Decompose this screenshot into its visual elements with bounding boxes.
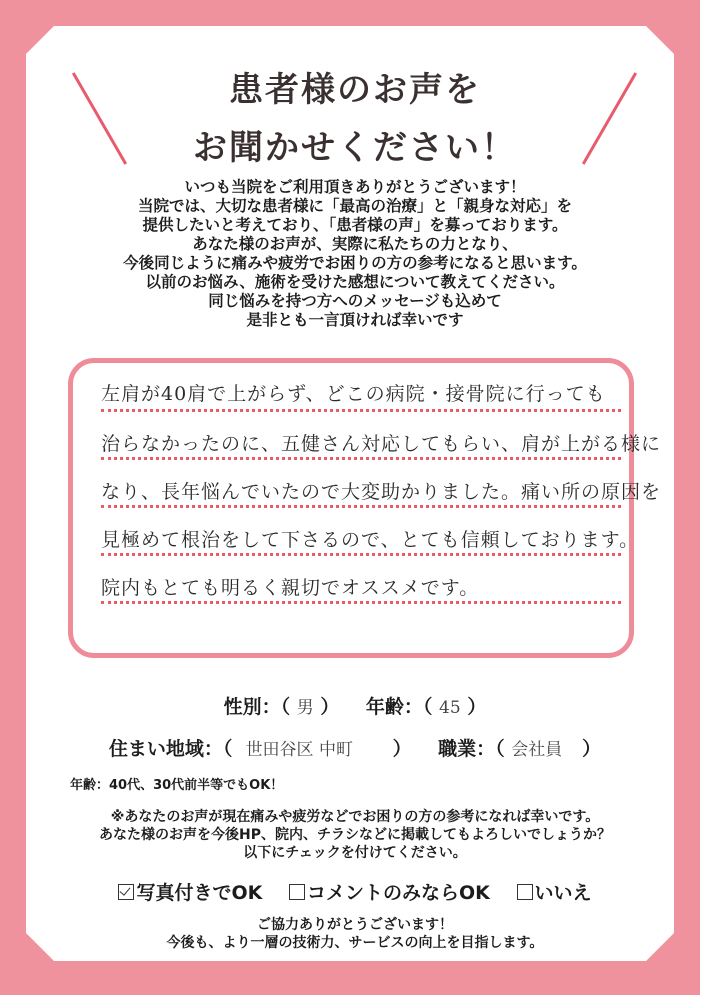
close-paren: ） [393,738,412,760]
consent-line: 以下にチェックを付けてください。 [0,844,710,862]
option-label: コメントのみならOK [307,882,490,904]
close-paren: ） [582,738,601,760]
intro-line: 提供したいと考えており、「患者様の声」を募っております。 [40,216,670,235]
intro-line: あなた様のお声が、実際に私たちの力となり、 [40,235,670,254]
intro-text: いつも当院をご利用頂きありがとうございます！ 当院では、大切な患者様に「最高の治… [40,178,670,330]
title-line-1: 患者様のお声を [0,62,710,111]
comment-line: 院内もとても明るく親切でオススメです。 [101,573,621,600]
comment-line: 見極めて根治をして下さるので、とても信頼しております。 [101,525,621,552]
intro-line: 以前のお悩み、施術を受けた感想について教えてください。 [40,273,670,292]
job-label: 職業：（ [438,738,505,760]
comment-line: なり、長年悩んでいたので大変助かりました。痛い所の原因を [101,477,621,504]
dotted-rule [101,553,621,556]
intro-line: 同じ悩みを持つ方へのメッセージも込めて [40,292,670,311]
option-label: いいえ [535,882,592,904]
thanks-line: 今後も、より一層の技術力、サービスの向上を目指します。 [0,934,710,952]
dotted-rule [101,505,621,508]
gender-value[interactable]: 男 [297,698,314,718]
intro-line: 是非とも一言頂ければ幸いです [40,311,670,330]
consent-line: あなた様のお声を今後HP、院内、チラシなどに掲載してもよろしいでしょうか？ [0,826,710,844]
consent-line: ※あなたのお声が現在痛みや疲労などでお困りの方の参考になれば幸いです。 [0,808,710,826]
age-value[interactable]: 45 [439,698,461,718]
gender-label: 性別：（ [224,696,291,718]
checkbox-icon[interactable] [289,884,305,900]
option-photo-ok[interactable]: 写真付きでOK [118,882,262,904]
job-value[interactable]: 会社員 [511,740,562,760]
thanks-text: ご協力ありがとうございます！ 今後も、より一層の技術力、サービスの向上を目指しま… [0,916,710,952]
publish-options: 写真付きでOK コメントのみならOK いいえ [0,878,710,905]
option-comment-only[interactable]: コメントのみならOK [289,882,490,904]
age-note: 年齢：40代、30代前半等でもOK！ [70,774,283,793]
intro-line: 当院では、大切な患者様に「最高の治療」と「親身な対応」を [40,197,670,216]
intro-line: 今後同じように痛みや疲労でお困りの方の参考になると思います。 [40,254,670,273]
comment-line: 治らなかったのに、五健さん対応してもらい、肩が上がる様に [101,429,621,456]
area-job-row: 住まい地域：（ 世田谷区 中町 ） 職業：（ 会社員 ） [0,734,710,761]
consent-text: ※あなたのお声が現在痛みや疲労などでお困りの方の参考になれば幸いです。 あなた様… [0,808,710,862]
comment-box[interactable]: 左肩が40肩で上がらず、どこの病院・接骨院に行っても 治らなかったのに、五健さん… [68,358,634,658]
gender-age-row: 性別：（ 男 ） 年齢：（ 45 ） [0,692,710,719]
checkbox-icon[interactable] [517,884,533,900]
option-label: 写真付きでOK [136,882,262,904]
intro-line: いつも当院をご利用頂きありがとうございます！ [40,178,670,197]
area-label: 住まい地域：（ [109,738,233,760]
checkbox-checked-icon[interactable] [118,884,134,900]
area-value[interactable]: 世田谷区 中町 [246,740,353,760]
close-paren: ） [320,696,339,718]
close-paren: ） [467,696,486,718]
dotted-rule [101,601,621,604]
dotted-rule [101,457,621,460]
thanks-line: ご協力ありがとうございます！ [0,916,710,934]
title-line-2: お聞かせください！ [0,120,710,169]
dotted-rule [101,409,621,412]
option-no[interactable]: いいえ [517,882,592,904]
comment-line: 左肩が40肩で上がらず、どこの病院・接骨院に行っても [101,379,621,406]
age-label: 年齢：（ [366,696,433,718]
